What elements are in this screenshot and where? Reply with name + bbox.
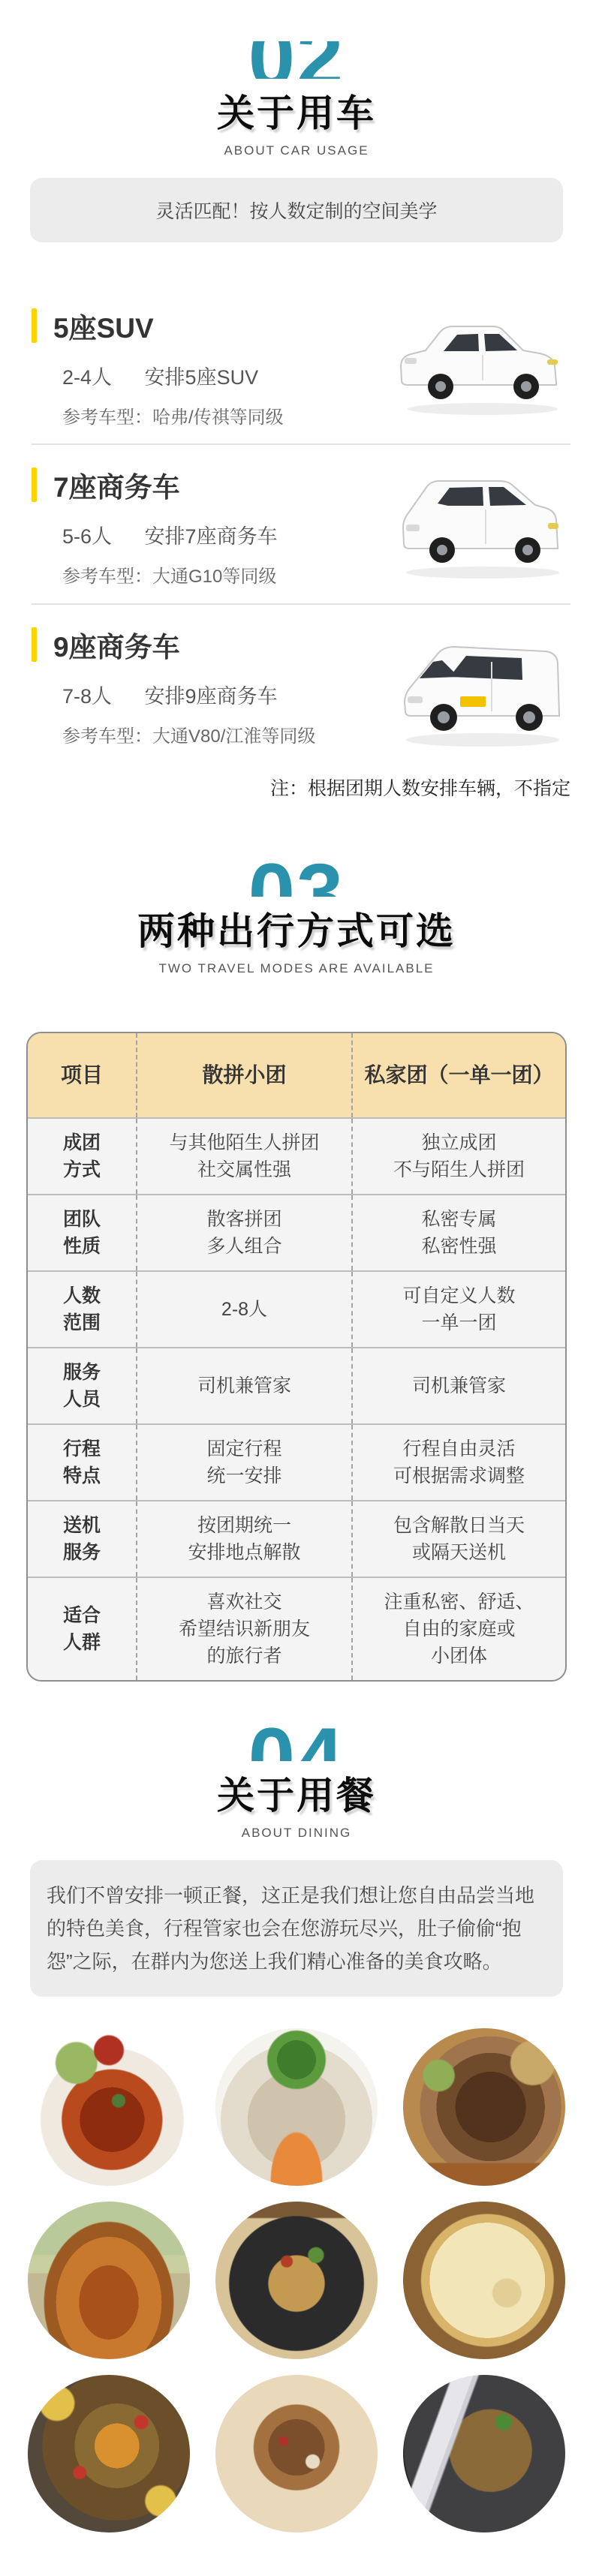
food-photo-cheese-naan-pie — [403, 2202, 565, 2359]
cell-shared: 与其他陌生人拼团 社交属性强 — [136, 1119, 353, 1194]
row-label: 人数 范围 — [28, 1272, 136, 1347]
dining-paragraph: 我们不曾安排一顿正餐，这正是我们想让您自由品尝当地的特色美食，行程管家也会在您游… — [30, 1860, 563, 1997]
vehicle-item-minibus: 9座商务车 7-8人 安排9座商务车 参考车型：大通V80/江淮等同级 — [23, 605, 570, 756]
table-header-row: 项目 散拼小团 私家团（一单一团） — [28, 1033, 565, 1117]
section-subtitle-dining: ABOUT DINING — [0, 1826, 593, 1841]
vehicle-list: 5座SUV 2-4人 安排5座SUV 参考车型：哈弗/传祺等同级 — [0, 286, 593, 756]
vehicle-item-mpv: 7座商务车 5-6人 安排7座商务车 参考车型：大通G10等同级 — [23, 445, 570, 588]
table-row: 行程 特点 固定行程 统一安排 行程自由灵活 可根据需求调整 — [28, 1423, 565, 1500]
vehicle-arrangement: 安排7座商务车 — [145, 525, 278, 548]
cell-shared: 按团期统一 安排地点解散 — [136, 1501, 353, 1577]
food-photo-meat-with-flatbread — [215, 2375, 378, 2532]
vehicle-arrangement: 安排5座SUV — [145, 366, 259, 389]
vehicle-note: 注：根据团期人数安排车辆，不指定 — [0, 774, 570, 801]
vehicle-item-suv: 5座SUV 2-4人 安排5座SUV 参考车型：哈弗/传祺等同级 — [23, 286, 570, 428]
table-row: 成团 方式 与其他陌生人拼团 社交属性强 独立成团 不与陌生人拼团 — [28, 1117, 565, 1194]
vehicle-reference: 参考车型：大通V80/江淮等同级 — [62, 721, 387, 747]
food-photo-roast-whole-lamb — [28, 2202, 190, 2359]
food-photo-beef-noodle-bowl — [215, 2202, 378, 2359]
food-photo-grid — [28, 2028, 565, 2532]
row-label: 团队 性质 — [28, 1195, 136, 1270]
header-cell-item: 项目 — [28, 1033, 136, 1117]
cell-private: 独立成团 不与陌生人拼团 — [353, 1119, 565, 1194]
cell-shared: 固定行程 统一安排 — [136, 1425, 353, 1500]
vehicle-capacity: 7-8人 — [62, 685, 112, 708]
cell-private: 注重私密、舒适、 自由的家庭或 小团体 — [353, 1578, 565, 1680]
cell-shared: 喜欢社交 希望结识新朋友 的旅行者 — [136, 1578, 353, 1680]
yellow-accent-bar — [32, 308, 37, 343]
section-number-02: 02 — [184, 41, 409, 79]
food-photo-mushroom-corn-stew — [28, 2375, 190, 2532]
bottom-spacer — [0, 2532, 593, 2576]
vehicle-name: 9座商务车 — [53, 624, 180, 665]
mpv-image — [394, 464, 570, 588]
table-row: 送机 服务 按团期统一 安排地点解散 包含解散日当天 或隔天送机 — [28, 1500, 565, 1577]
section-car-header: 02 关于用车 ABOUT CAR USAGE — [0, 0, 593, 158]
section-subtitle-car: ABOUT CAR USAGE — [0, 143, 593, 158]
cell-shared: 散客拼团 多人组合 — [136, 1195, 353, 1270]
yellow-accent-bar — [32, 467, 37, 502]
vehicle-arrangement: 安排9座商务车 — [145, 685, 278, 708]
section-number-03: 03 — [184, 862, 409, 897]
cell-private: 可自定义人数 一单一团 — [353, 1272, 565, 1347]
cell-private: 行程自由灵活 可根据需求调整 — [353, 1425, 565, 1500]
minibus-image — [394, 624, 570, 756]
yellow-accent-bar — [32, 627, 37, 662]
promo-page: 02 关于用车 ABOUT CAR USAGE 灵活匹配！按人数定制的空间美学 … — [0, 0, 593, 2576]
section-number-04: 04 — [184, 1727, 409, 1761]
header-cell-private-group: 私家团（一单一团） — [353, 1033, 565, 1117]
vehicle-capacity: 2-4人 — [62, 366, 112, 389]
cell-shared: 2-8人 — [136, 1272, 353, 1347]
row-label: 成团 方式 — [28, 1119, 136, 1194]
cell-private: 私密专属 私密性强 — [353, 1195, 565, 1270]
row-label: 服务 人员 — [28, 1348, 136, 1423]
section-title-dining: 关于用餐 — [0, 1766, 593, 1820]
food-photo-grilled-lamb-ribs — [403, 2028, 565, 2186]
vehicle-name: 5座SUV — [53, 305, 154, 346]
food-photo-stone-pot-fried-rice — [403, 2375, 565, 2532]
row-label: 送机 服务 — [28, 1501, 136, 1577]
suv-image — [394, 305, 570, 425]
row-label: 适合 人群 — [28, 1592, 136, 1667]
cell-private: 司机兼管家 — [353, 1362, 565, 1410]
header-cell-shared-group: 散拼小团 — [136, 1033, 353, 1117]
comparison-table: 项目 散拼小团 私家团（一单一团） 成团 方式 与其他陌生人拼团 社交属性强 独… — [26, 1032, 567, 1682]
table-row: 服务 人员 司机兼管家 司机兼管家 — [28, 1347, 565, 1423]
table-row: 人数 范围 2-8人 可自定义人数 一单一团 — [28, 1270, 565, 1347]
vehicle-capacity: 5-6人 — [62, 525, 112, 548]
section-subtitle-modes: TWO TRAVEL MODES ARE AVAILABLE — [0, 961, 593, 976]
car-banner: 灵活匹配！按人数定制的空间美学 — [30, 178, 563, 242]
vehicle-reference: 参考车型：哈弗/传祺等同级 — [62, 402, 387, 428]
section-title-car: 关于用车 — [0, 83, 593, 137]
section-dining-header: 04 关于用餐 ABOUT DINING — [0, 1727, 593, 1841]
food-photo-boiled-mutton — [215, 2028, 378, 2186]
row-label: 行程 特点 — [28, 1425, 136, 1500]
table-row: 团队 性质 散客拼团 多人组合 私密专属 私密性强 — [28, 1194, 565, 1270]
cell-private: 包含解散日当天 或隔天送机 — [353, 1501, 565, 1577]
section-title-modes: 两种出行方式可选 — [0, 901, 593, 955]
section-modes-header: 03 两种出行方式可选 TWO TRAVEL MODES ARE AVAILAB… — [0, 862, 593, 976]
table-row: 适合 人群 喜欢社交 希望结识新朋友 的旅行者 注重私密、舒适、 自由的家庭或 … — [28, 1577, 565, 1680]
cell-shared: 司机兼管家 — [136, 1348, 353, 1423]
vehicle-name: 7座商务车 — [53, 464, 180, 505]
food-photo-spicy-lamb-soup — [28, 2028, 190, 2186]
vehicle-reference: 参考车型：大通G10等同级 — [62, 561, 387, 588]
